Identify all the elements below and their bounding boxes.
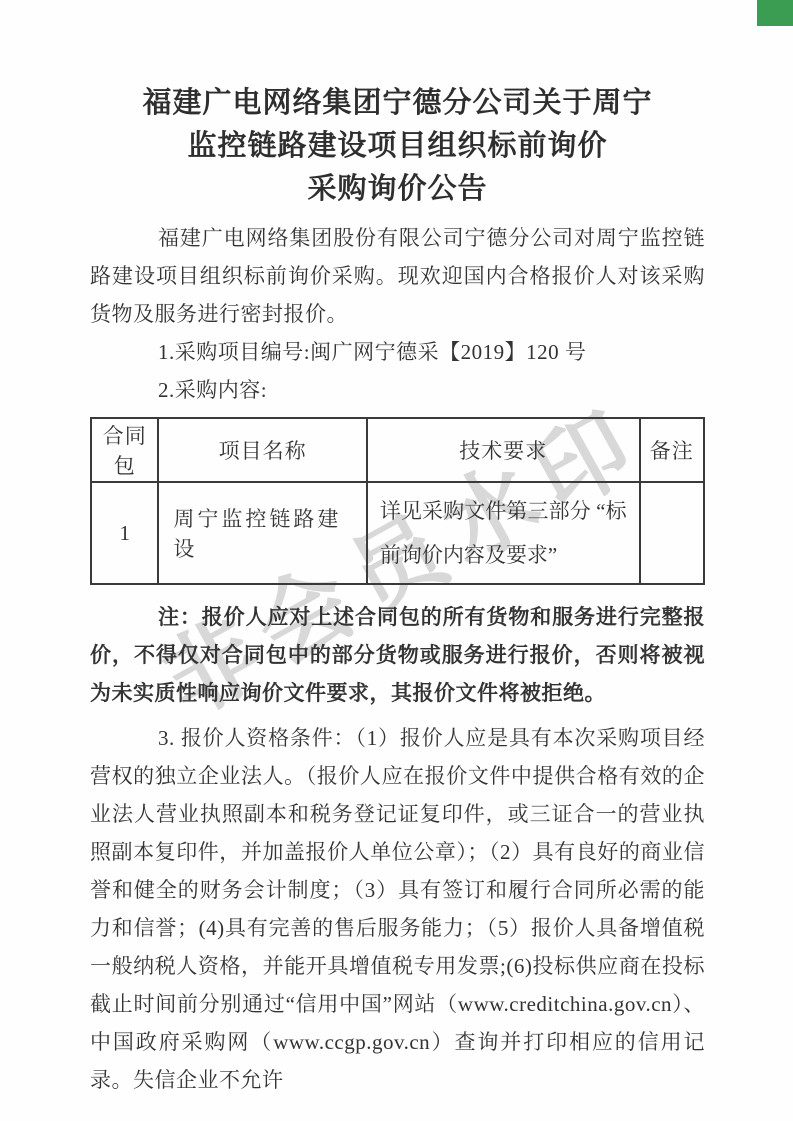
- title-line-2: 监控链路建设项目组织标前询价: [90, 125, 705, 168]
- title-line-1: 福建广电网络集团宁德分公司关于周宁: [90, 82, 705, 125]
- project-number-line: 1.采购项目编号:闽广网宁德采【2019】120 号: [90, 333, 705, 371]
- procurement-content-line: 2.采购内容:: [90, 371, 705, 409]
- header-technical-requirements: 技术要求: [367, 418, 640, 482]
- table-row: 1 周宁监控链路建设 详见采购文件第三部分 “标前询价内容及要求”: [91, 482, 704, 584]
- document-page: 非会员水印 福建广电网络集团宁德分公司关于周宁 监控链路建设项目组织标前询价 采…: [0, 0, 793, 1121]
- table-header-row: 合同包 项目名称 技术要求 备注: [91, 418, 704, 482]
- header-remark: 备注: [640, 418, 704, 482]
- header-contract-package: 合同包: [91, 418, 158, 482]
- cell-technical-requirements: 详见采购文件第三部分 “标前询价内容及要求”: [367, 482, 640, 584]
- procurement-table: 合同包 项目名称 技术要求 备注 1 周宁监控链路建设 详见采购文件第三部分 “…: [90, 417, 705, 585]
- cell-project-name: 周宁监控链路建设: [158, 482, 366, 584]
- intro-paragraph: 福建广电网络集团股份有限公司宁德分公司对周宁监控链路建设项目组织标前询价采购。现…: [90, 219, 705, 333]
- title-line-3: 采购询价公告: [90, 168, 705, 211]
- header-project-name: 项目名称: [158, 418, 366, 482]
- document-content: 福建广电网络集团宁德分公司关于周宁 监控链路建设项目组织标前询价 采购询价公告 …: [0, 0, 793, 1099]
- qualifications-paragraph: 3. 报价人资格条件：（1）报价人应是具有本次采购项目经营权的独立企业法人。（报…: [90, 719, 705, 1099]
- corner-badge: [757, 0, 793, 26]
- cell-contract-package: 1: [91, 482, 158, 584]
- cell-remark: [640, 482, 704, 584]
- page-title: 福建广电网络集团宁德分公司关于周宁 监控链路建设项目组织标前询价 采购询价公告: [90, 82, 705, 211]
- note-paragraph: 注：报价人应对上述合同包的所有货物和服务进行完整报价，不得仅对合同包中的部分货物…: [90, 599, 705, 713]
